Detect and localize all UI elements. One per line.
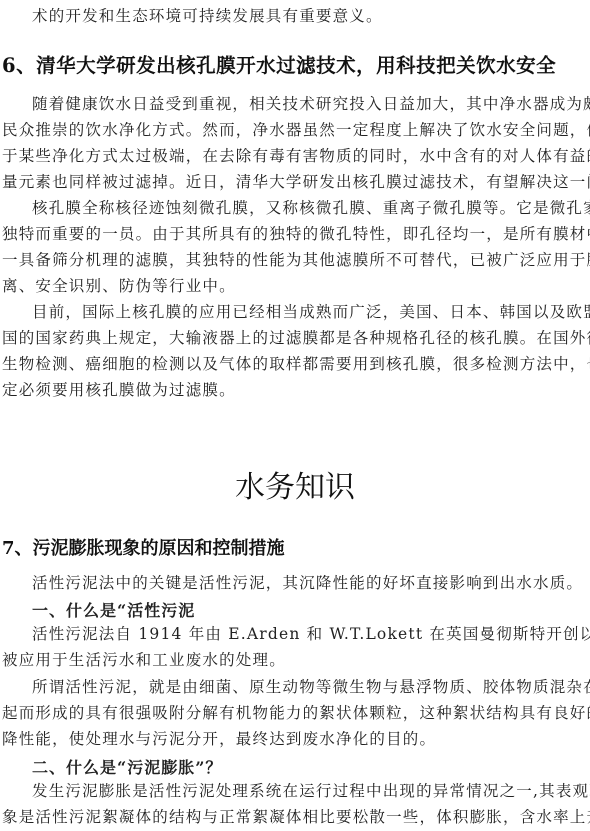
paragraph-line: 活性污泥法自 1914 年由 E.Arden 和 W.T.Lokett 在英国曼… (32, 624, 590, 644)
paragraph-line: 定必须要用核孔膜做为过滤膜。 (2, 380, 236, 400)
paragraph-line: 目前，国际上核孔膜的应用已经相当成熟而广泛，美国、日本、韩国以及欧盟等 (32, 302, 590, 322)
paragraph-line: 发生污泥膨胀是活性污泥处理系统在运行过程中出现的异常情况之一,其表观现 (32, 781, 590, 801)
paragraph-line: 离、安全识别、防伪等行业中。 (2, 276, 236, 296)
paragraph-line: 随着健康饮水日益受到重视，相关技术研究投入日益加大，其中净水器成为颇受 (32, 94, 590, 114)
paragraph-line: 民众推崇的饮水净化方式。然而，净水器虽然一定程度上解决了饮水安全问题，但由 (2, 120, 590, 140)
article-6-heading: 6、清华大学研发出核孔膜开水过滤技术，用科技把关饮水安全 (2, 50, 556, 78)
paragraph-line: 起而形成的具有很强吸附分解有机物能力的絮状体颗粒，这种絮状结构具有良好的沉 (2, 703, 590, 723)
paragraph-line: 象是活性污泥絮凝体的结构与正常絮凝体相比要松散一些，体积膨胀，含水率上升， (2, 807, 590, 827)
paragraph-line: 所谓活性污泥，就是由细菌、原生动物等微生物与悬浮物质、胶体物质混杂在一 (32, 677, 590, 697)
paragraph-line: 一具备筛分机理的滤膜，其独特的性能为其他滤膜所不可替代，已被广泛应用于膜分 (2, 250, 590, 270)
section-title: 水务知识 (0, 462, 590, 506)
paragraph-line: 术的开发和生态环境可持续发展具有重要意义。 (32, 6, 383, 26)
article-7-heading: 7、污泥膨胀现象的原因和控制措施 (2, 534, 285, 560)
paragraph-line: 于某些净化方式太过极端，在去除有毒有害物质的同时，水中含有的对人体有益的微 (2, 146, 590, 166)
subheading-2: 二、什么是“污泥膨胀”？ (32, 755, 222, 778)
paragraph-line: 独特而重要的一员。由于其所具有的独特的微孔特性，即孔径均一，是所有膜材中唯 (2, 224, 590, 244)
paragraph-line: 核孔膜全称核径迹蚀刻微孔膜，又称核微孔膜、重离子微孔膜等。它是微孔家族 (32, 198, 590, 218)
paragraph-line: 活性污泥法中的关键是活性污泥，其沉降性能的好坏直接影响到出水水质。 (32, 573, 583, 593)
paragraph-line: 国的国家药典上规定，大输液器上的过滤膜都是各种规格孔径的核孔膜。在国外很多 (2, 328, 590, 348)
subheading-1: 一、什么是“活性污泥 (32, 598, 195, 621)
paragraph-line: 生物检测、癌细胞的检测以及气体的取样都需要用到核孔膜，很多检测方法中，也指 (2, 354, 590, 374)
paragraph-line: 降性能，使处理水与污泥分开，最终达到废水净化的目的。 (2, 729, 436, 749)
paragraph-line: 被应用于生活污水和工业废水的处理。 (2, 650, 286, 670)
paragraph-line: 量元素也同样被过滤掉。近日，清华大学研发出核孔膜过滤技术，有望解决这一问题。 (2, 172, 590, 192)
